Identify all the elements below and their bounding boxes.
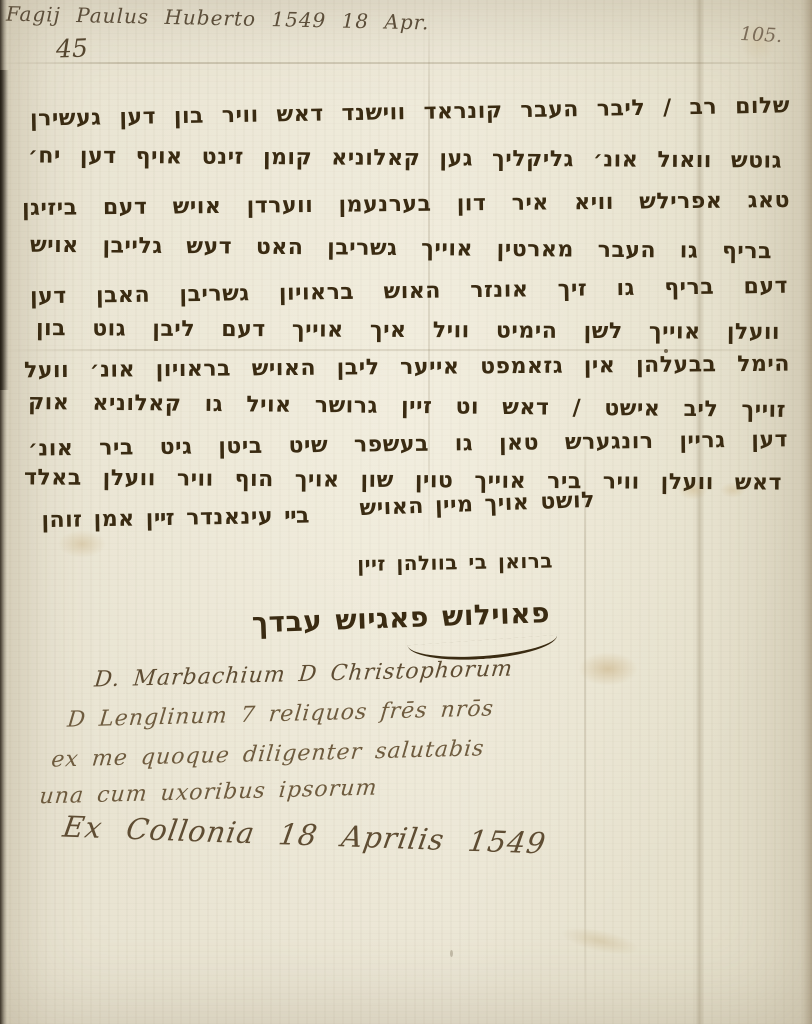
letter-line: דען גריין רונגערש טאן גו בעשפר שיט ביטן … [28, 429, 788, 460]
folio-number: 105. [739, 23, 782, 47]
letter-closing-left: בײ עינאנדר זײן אמן זוהן [24, 506, 310, 533]
latin-line: D. Marbachium D Christophorum [93, 657, 514, 693]
manuscript-page: Fagij Paulus Huberto 1549 18 Apr. 45 105… [0, 0, 812, 1024]
letter-closing-line: ברואן בי בוולהן זיין [388, 551, 553, 574]
dateline: Ex Collonia 18 Aprilis 1549 [61, 810, 549, 861]
page-right-edge-shadow [802, 0, 812, 1024]
letter-line: טאג אפרילש וויא איר דון בערנעמן ווערדן א… [22, 190, 790, 220]
latin-line: una cum uxoribus ipsorum [38, 776, 378, 810]
letter-line: דעם בריף גו זיך אונזר האוש בראויון גשריב… [30, 276, 788, 309]
latin-line: ex me quoque diligenter salutabis [50, 736, 486, 772]
page-left-edge-dark [0, 70, 9, 390]
latin-line: D Lenglinum 7 reliquos frēs nrōs [66, 696, 495, 732]
letter-line: שלום רב / ליבר העבר קונראד ווישנד דאש וו… [30, 95, 790, 130]
inventory-number: 45 [56, 33, 89, 63]
signature: פאוילוש פאגיוש עבדך [268, 599, 551, 637]
archivist-note: Fagij Paulus Huberto 1549 18 Apr. [6, 2, 430, 35]
letter-closing-right: לושט אויך מיין האויש [360, 490, 596, 520]
letter-line: הימל בבעלהן אין גזאמפט אייער ליבן האויש … [24, 354, 790, 383]
stain [58, 530, 106, 558]
fold-crease-horizontal-top [0, 62, 812, 64]
stain [578, 652, 638, 686]
letter-line: וועלן אוייך לשן הימיט וויל איך אוייך דעם… [36, 318, 780, 344]
letter-line: גוטש וואול אונ׳ גליקליך גען קאלוניא קומן… [28, 145, 782, 172]
ink-mark [450, 950, 453, 957]
letter-line: בריף גו העבר מארטין אוייך גשריבן האט דעש… [30, 235, 772, 263]
letter-line: דאש וועלן וויר ביר אוייך טוין שון אויך ה… [24, 467, 782, 494]
fold-crease-horizontal-middle [0, 349, 812, 351]
stain [559, 922, 642, 960]
letter-line: זוייך ליב אישט / דאש וט זיין גרושר אויל … [28, 392, 786, 422]
